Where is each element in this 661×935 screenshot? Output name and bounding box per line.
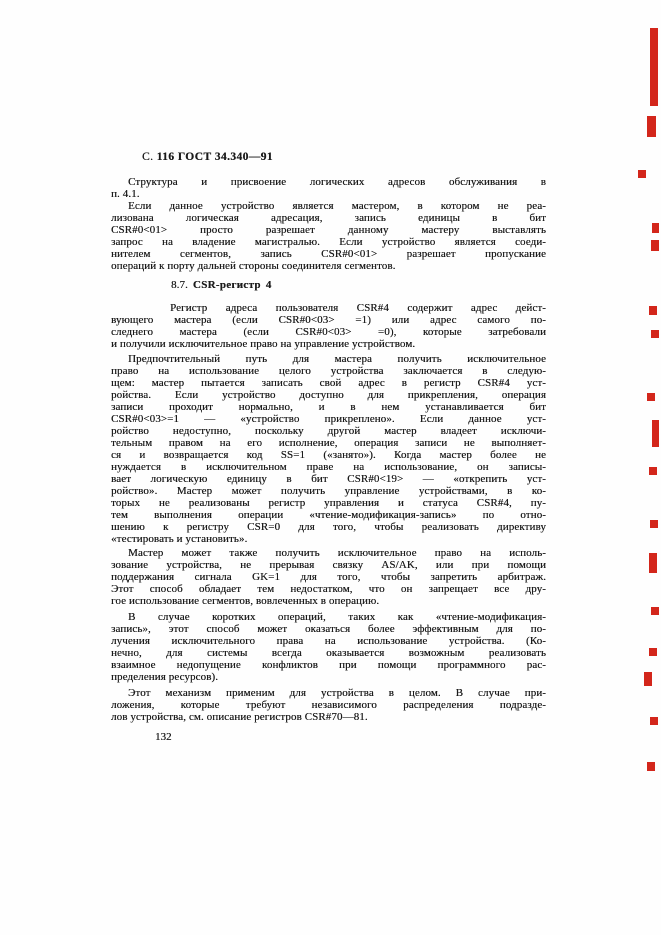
text-line: ройство недоступно, поскольку другой мас… [111, 425, 546, 437]
text-line: Этот механизм применим для устройства в … [111, 687, 546, 699]
text-line: зование устройства, не прерывая связку A… [111, 559, 546, 571]
text-line: право на использование целого устройства… [111, 365, 546, 377]
document-page: С. 116 ГОСТ 34.340—91 Структура и присво… [0, 0, 661, 935]
text-line: Структура и присвоение логических адресо… [111, 176, 546, 188]
text-line: записи проходит нормально, и в нем устан… [111, 401, 546, 413]
text-line: следнего мастера (если CSR#0<03> =0), ко… [111, 326, 546, 338]
red-margin-mark [644, 672, 652, 686]
header-standard-number: ГОСТ 34.340—91 [178, 151, 273, 163]
text-line: ся и возвращается код SS=1 («занято»). К… [111, 449, 546, 461]
red-margin-mark [649, 553, 657, 573]
text-line: лизована логическая адресация, запись ед… [111, 212, 546, 224]
text-line: лов устройства, см. описание регистров C… [111, 711, 546, 723]
text-line: CSR#0<03>=1 — «устройство прикреплено». … [111, 413, 546, 425]
text-line: Мастер может также получить исключительн… [111, 547, 546, 559]
paragraph: Регистр адреса пользователя CSR#4 содерж… [111, 302, 546, 350]
text-line: гое использование сегментов, вовлеченных… [111, 595, 546, 607]
text-line: нечно, для системы всегда оказывается во… [111, 647, 546, 659]
paragraph: Этот механизм применим для устройства в … [111, 687, 546, 723]
text-line: CSR#0<01> просто разрешает данному масте… [111, 224, 546, 236]
section-heading: 8.7.CSR-регистр 4 [171, 279, 546, 291]
paragraph: В случае коротких операций, таких как «ч… [111, 611, 546, 683]
text-line: запрос на владение магистралью. Если уст… [111, 236, 546, 248]
text-line: п. 4.1. [111, 188, 546, 200]
red-margin-mark [650, 28, 658, 106]
red-margin-mark [649, 648, 657, 656]
text-line: В случае коротких операций, таких как «ч… [111, 611, 546, 623]
red-margin-mark [649, 306, 657, 315]
red-margin-mark [652, 223, 659, 233]
text-line: лучения исключительного права на использ… [111, 635, 546, 647]
text-line: поддержания сигнала GK=1 для того, чтобы… [111, 571, 546, 583]
paragraph: Мастер может также получить исключительн… [111, 547, 546, 607]
red-margin-mark [651, 607, 659, 615]
red-margin-mark [650, 717, 658, 725]
text-line: вает логическую единицу в бит CSR#0<19> … [111, 473, 546, 485]
red-margin-mark [647, 116, 656, 137]
red-margin-mark [651, 240, 659, 251]
red-margin-mark [651, 330, 659, 338]
text-line: операций к порту дальней стороны соедини… [111, 260, 546, 272]
text-line: ложения, которые требуют независимого ра… [111, 699, 546, 711]
red-margin-mark [638, 170, 646, 178]
text-line: нителем сегментов, запись CSR#0<01> разр… [111, 248, 546, 260]
red-margin-mark [649, 467, 657, 475]
text-line: ройства. Если устройство доступно для пр… [111, 389, 546, 401]
text-line: вующего мастера (если CSR#0<03> =1) или … [111, 314, 546, 326]
text-line: нуждается в исключительном праве на испо… [111, 461, 546, 473]
paragraph: Предпочтительный путь для мастера получи… [111, 353, 546, 545]
paragraph: Если данное устройство является мастером… [111, 200, 546, 272]
red-margin-mark [652, 420, 659, 447]
text-line: шению к регистру CSR=0 для того, чтобы р… [111, 521, 546, 533]
text-line: ройство». Мастер может получить управлен… [111, 485, 546, 497]
header-page-prefix: С. [142, 151, 153, 163]
text-line: пределения ресурсов). [111, 671, 546, 683]
text-line: Предпочтительный путь для мастера получи… [111, 353, 546, 365]
text-line: торых не реализованы регистр управления … [111, 497, 546, 509]
text-line: тельным правом на его исполнение, операц… [111, 437, 546, 449]
text-line: запись», этот способ может оказаться бол… [111, 623, 546, 635]
red-margin-mark [647, 393, 655, 401]
paragraph: Структура и присвоение логических адресо… [111, 176, 546, 200]
section-number: 8.7. [171, 279, 188, 291]
red-margin-mark [650, 520, 658, 528]
header-page-number: 116 [157, 151, 175, 163]
text-line: щем: мастер пытается записать свой адрес… [111, 377, 546, 389]
text-line: «тестировать и установить». [111, 533, 546, 545]
text-line: тем выполнения операции «чтение-модифика… [111, 509, 546, 521]
red-margin-mark [647, 762, 655, 771]
text-line: Регистр адреса пользователя CSR#4 содерж… [111, 302, 546, 314]
page-number: 132 [155, 731, 172, 743]
running-header: С. 116 ГОСТ 34.340—91 [142, 151, 273, 163]
text-line: взаимное недопущение конфликтов при помо… [111, 659, 546, 671]
section-title: CSR-регистр 4 [193, 279, 272, 291]
text-line: и получили исключительное право на управ… [111, 338, 546, 350]
document-text-block: Структура и присвоение логических адресо… [111, 176, 546, 723]
text-line: Если данное устройство является мастером… [111, 200, 546, 212]
text-line: Этот способ обладает тем недостатком, чт… [111, 583, 546, 595]
